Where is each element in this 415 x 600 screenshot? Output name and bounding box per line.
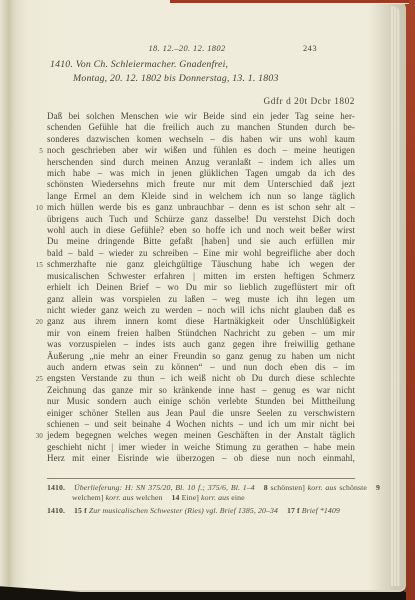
apparatus-segment: 1410. <box>47 483 65 492</box>
apparatus-entry-commentary: 1410.15 f Zur musicalischen Schwester (R… <box>47 506 380 516</box>
letter-heading-line1: 1410. Von Ch. Schleiermacher. Gnadenfrei… <box>50 58 355 72</box>
book-cover-top-edge <box>170 0 409 4</box>
text-line: 25engsten Verstande zu thun – ich weiß n… <box>47 373 355 384</box>
text-line: übrigens auch Tuch und Schürze ganz dass… <box>47 214 355 225</box>
apparatus-segment: korr. aus <box>308 483 337 492</box>
text-line: was vorzuspielen – indes ists auch ganz … <box>47 339 355 350</box>
text-line: schenden Gefühle hat die freilich auch z… <box>47 122 355 133</box>
apparatus-segment: welchem] <box>72 493 106 502</box>
text-line: lange Ermel an dem Kleide sind in welche… <box>47 191 355 202</box>
line-number: 10 <box>30 203 43 213</box>
page-stack-edges <box>391 6 400 586</box>
apparatus-entry-variants: 1410.Überlieferung: H: SN 375/20, Bl. 10… <box>47 483 380 504</box>
apparatus-segment: 15 f <box>74 506 87 515</box>
apparatus-segment: Brief *1409 <box>302 506 340 515</box>
page-number: 243 <box>303 44 317 53</box>
apparatus-segment: welchen <box>134 493 163 502</box>
text-line: Zeichnung das ganze mir so kränkende inn… <box>47 385 355 396</box>
apparatus-segment: Zur musicalischen Schwester (Ries) vgl. … <box>89 506 278 515</box>
text-line: mich habe – was mich in jenen glüklichen… <box>47 168 355 179</box>
text-line: Du meine dringende Bitte gefaßt [haben] … <box>47 236 355 247</box>
book-page-scan: 18. 12.–20. 12. 1802 243 1410. Von Ch. S… <box>0 0 415 600</box>
text-line: erhielt ich Deinen Brief – wo Du mir so … <box>47 282 355 293</box>
apparatus-segment: 1410. <box>47 506 65 515</box>
apparatus-rule <box>47 478 355 479</box>
text-line: nicht wieder ganz weich zu werden – noch… <box>47 305 355 316</box>
text-line: schienen – und seit beinahe 4 Wochen nic… <box>47 419 355 430</box>
text-line: einiger schöner Stellen aus Jean Paul di… <box>47 408 355 419</box>
line-number: 15 <box>30 260 43 270</box>
text-line: herschenden sind durch meinen Anzug vera… <box>47 157 355 168</box>
apparatus-segment: korr. aus <box>201 493 229 502</box>
letter-body: Daß bei solchen Menschen wie wir Beide s… <box>47 111 355 465</box>
text-line: nur Music sondern auch einige schön verl… <box>47 396 355 407</box>
line-number: 5 <box>30 146 43 156</box>
text-line: musicalischen Schwester erfahren | mitte… <box>47 271 355 282</box>
text-line: 15schmerzhafte nie ganz gleichgültige Tä… <box>47 259 355 270</box>
text-line: mir von einem freien halben Stündchen Na… <box>47 328 355 339</box>
apparatus-segment: 9 <box>376 483 380 492</box>
line-number: 25 <box>30 374 43 384</box>
text-line: sonderes dazwischen komen wechseln – dis… <box>47 134 355 145</box>
line-number: 20 <box>30 317 43 327</box>
text-line: 5noch geschrieben aber wir wißen und füh… <box>47 145 355 156</box>
line-number: 30 <box>30 431 43 441</box>
apparatus-segment: eine <box>229 493 244 502</box>
letter-heading: 1410. Von Ch. Schleiermacher. Gnadenfrei… <box>47 58 355 85</box>
apparatus-segment: Eine] <box>180 493 201 502</box>
text-line: 20ganz aus ihrem innern komt diese Hartn… <box>47 316 355 327</box>
text-line: 10mich hüllen werde bis es ganz unbrauch… <box>47 202 355 213</box>
text-line: schönsten Wiedersehns mich freute nur mi… <box>47 179 355 190</box>
running-header: 18. 12.–20. 12. 1802 <box>33 44 341 53</box>
text-line: Herz mit einer Eisrinde wie überzogen – … <box>47 453 355 464</box>
apparatus-segment: Überlieferung: H: SN 375/20, Bl. 10 f.; … <box>74 483 255 492</box>
apparatus-segment: 17 f <box>287 506 300 515</box>
letter-heading-line2: Montag, 20. 12. 1802 bis Donnerstag, 13.… <box>73 72 355 86</box>
text-line: geschieht nicht | imer wieder in weiche … <box>47 442 355 453</box>
scan-bottom-edge <box>0 592 406 600</box>
text-line: auch andern etwas sein zu können“ – und … <box>47 362 355 373</box>
running-header-row: 18. 12.–20. 12. 1802 243 <box>47 44 355 56</box>
text-line: bald – bald – wieder zu schreiben – Eine… <box>47 248 355 259</box>
text-line: Daß bei solchen Menschen wie wir Beide s… <box>47 111 355 122</box>
apparatus-segment: korr. aus <box>106 493 134 502</box>
text-line: 30jedem begegnen welches wegen meinen Ge… <box>47 430 355 441</box>
apparatus-segment: 14 <box>172 493 180 502</box>
letter-dateline: Gdfr d 20t Dcbr 1802 <box>47 97 355 107</box>
apparatus-segment: schönsten] <box>268 483 308 492</box>
text-line: Äußerung „nie mehr an einer Freundin so … <box>47 351 355 362</box>
page: 18. 12.–20. 12. 1802 243 1410. Von Ch. S… <box>0 0 406 592</box>
text-line: ganz allein was vorspielen zu laßen – we… <box>47 294 355 305</box>
text-line: wohl auch in diese Gefühle? eben so hoff… <box>47 225 355 236</box>
apparatus-segment: schönste <box>337 483 367 492</box>
